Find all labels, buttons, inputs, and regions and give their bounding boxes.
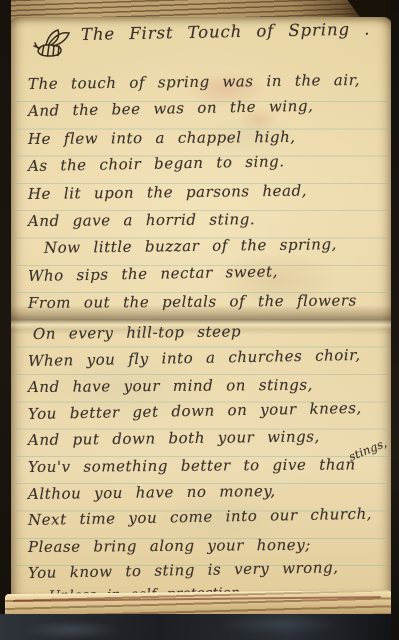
poem-line: And the bee was on the wing,: [28, 92, 388, 126]
cover-edge-right: [391, 0, 399, 640]
poem-line: As the choir began to sing.: [28, 147, 388, 181]
poem-line: Who sips the nectar sweet,: [28, 256, 388, 290]
poem-line: You know to sting is very wrong,: [28, 554, 388, 587]
bee-doodle-icon: [31, 23, 75, 63]
poem-title: The First Touch of Spring .: [81, 19, 381, 44]
poem-stanza-2: On every hill-top steep When you fly int…: [28, 321, 388, 587]
poem-line: And put down both your wings,: [28, 423, 388, 454]
notebook-page: The First Touch of Spring . The touch of…: [11, 17, 392, 614]
poem-line: Next time you come into our church,: [28, 501, 388, 534]
notebook-photograph: The First Touch of Spring . The touch of…: [0, 0, 399, 640]
cover-edge-left: [0, 0, 11, 640]
book-cover-bottom: [0, 614, 399, 640]
poem-line-text: You'v something better to give than: [28, 455, 356, 476]
poem-line: He lit upon the parsons head,: [28, 176, 388, 208]
poem-line: From out the peltals of the flowers: [28, 287, 388, 317]
poem-stanza-1: The touch of spring was in the air, And …: [28, 71, 388, 318]
poem-line-with-insertion: You'v something better to give thansting…: [28, 451, 388, 480]
